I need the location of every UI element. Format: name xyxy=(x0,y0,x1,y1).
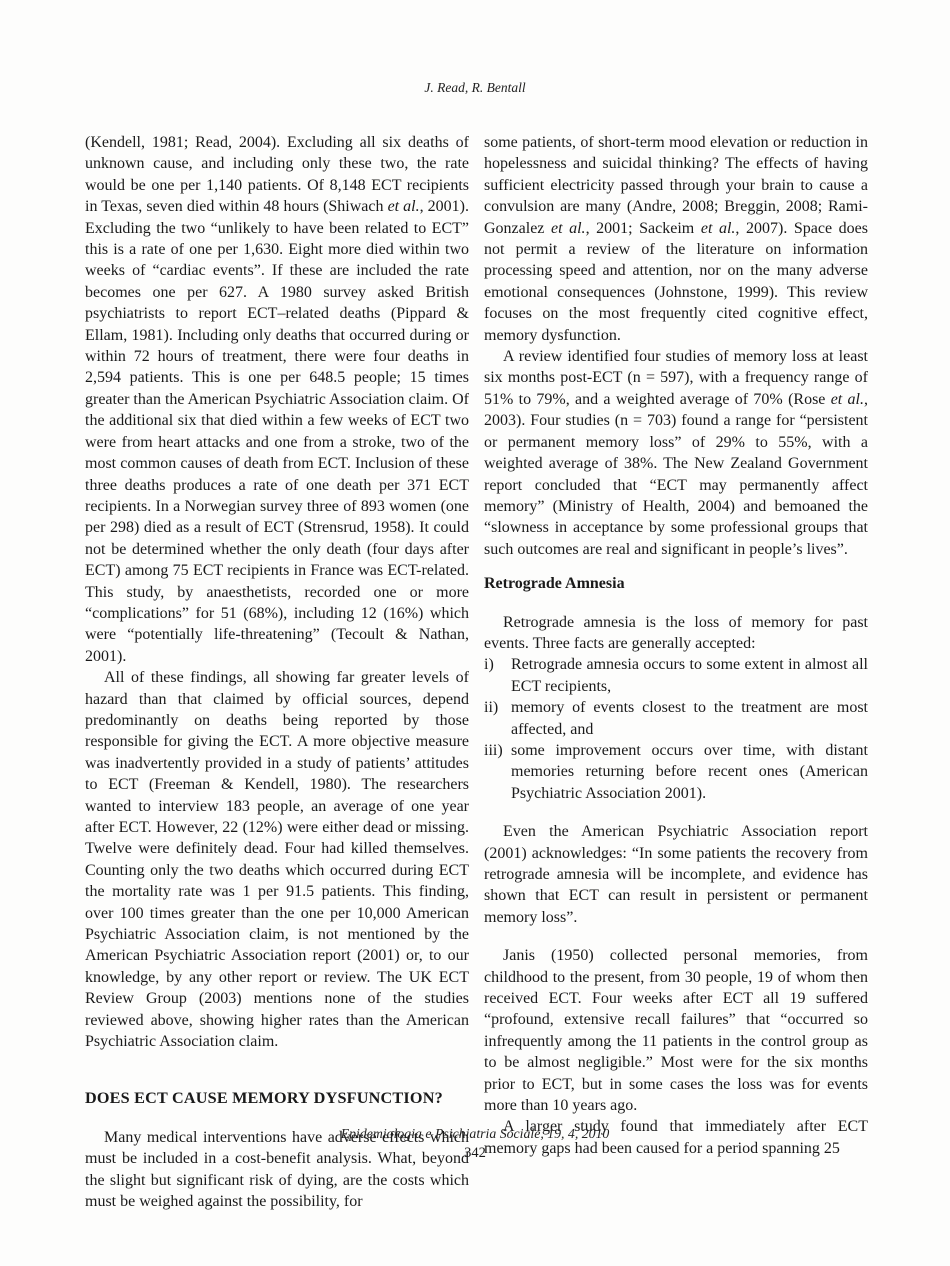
list-marker: ii) xyxy=(484,697,511,718)
list-marker: iii) xyxy=(484,740,511,761)
journal-citation: Epidemiologia e Psichiatria Sociale, 19,… xyxy=(0,1126,950,1142)
body-text: Even the American Psychiatric Associatio… xyxy=(484,823,868,926)
paragraph: A review identified four studies of memo… xyxy=(484,346,868,560)
journal-page: J. Read, R. Bentall (Kendell, 1981; Read… xyxy=(0,0,950,1266)
paragraph: Even the American Psychiatric Associatio… xyxy=(484,821,868,928)
body-text: , 2001). Excluding the two “unlikely to … xyxy=(85,198,469,665)
body-text: , 2003). Four studies (n = 703) found a … xyxy=(484,391,868,558)
section-heading: DOES ECT CAUSE MEMORY DYSFUNCTION? xyxy=(85,1088,469,1109)
subsection-heading: Retrograde Amnesia xyxy=(484,573,868,594)
body-text: , 2001; Sackeim xyxy=(586,220,701,237)
body-text: Retrograde amnesia is the loss of memory… xyxy=(484,614,868,652)
running-head: J. Read, R. Bentall xyxy=(0,80,950,96)
body-text: Retrograde amnesia occurs to some extent… xyxy=(511,656,868,694)
italic-text: et al. xyxy=(388,198,420,215)
right-column: some patients, of short-term mood elevat… xyxy=(484,132,868,1213)
italic-text: et al. xyxy=(831,391,864,408)
page-number: 342 xyxy=(0,1145,950,1162)
italic-text: et al. xyxy=(701,220,736,237)
italic-text: et al. xyxy=(551,220,586,237)
list-item: iii)some improvement occurs over time, w… xyxy=(484,740,868,804)
list-item: i)Retrograde amnesia occurs to some exte… xyxy=(484,654,868,697)
body-text: memory of events closest to the treatmen… xyxy=(511,699,868,737)
body-text: Janis (1950) collected personal memories… xyxy=(484,947,868,1114)
paragraph: Retrograde amnesia is the loss of memory… xyxy=(484,612,868,655)
paragraph: All of these findings, all showing far g… xyxy=(85,667,469,1052)
left-column: (Kendell, 1981; Read, 2004). Excluding a… xyxy=(85,132,469,1213)
paragraph: (Kendell, 1981; Read, 2004). Excluding a… xyxy=(85,132,469,667)
two-column-layout: (Kendell, 1981; Read, 2004). Excluding a… xyxy=(85,132,868,1213)
body-text: A review identified four studies of memo… xyxy=(484,348,868,408)
list-marker: i) xyxy=(484,654,511,675)
body-text: All of these findings, all showing far g… xyxy=(85,669,469,1050)
body-text: some improvement occurs over time, with … xyxy=(511,742,868,802)
paragraph: Janis (1950) collected personal memories… xyxy=(484,945,868,1116)
page-footer: Epidemiologia e Psichiatria Sociale, 19,… xyxy=(0,1126,950,1162)
paragraph: some patients, of short-term mood elevat… xyxy=(484,132,868,346)
body-text: , 2007). Space does not permit a review … xyxy=(484,220,868,344)
list-item: ii)memory of events closest to the treat… xyxy=(484,697,868,740)
